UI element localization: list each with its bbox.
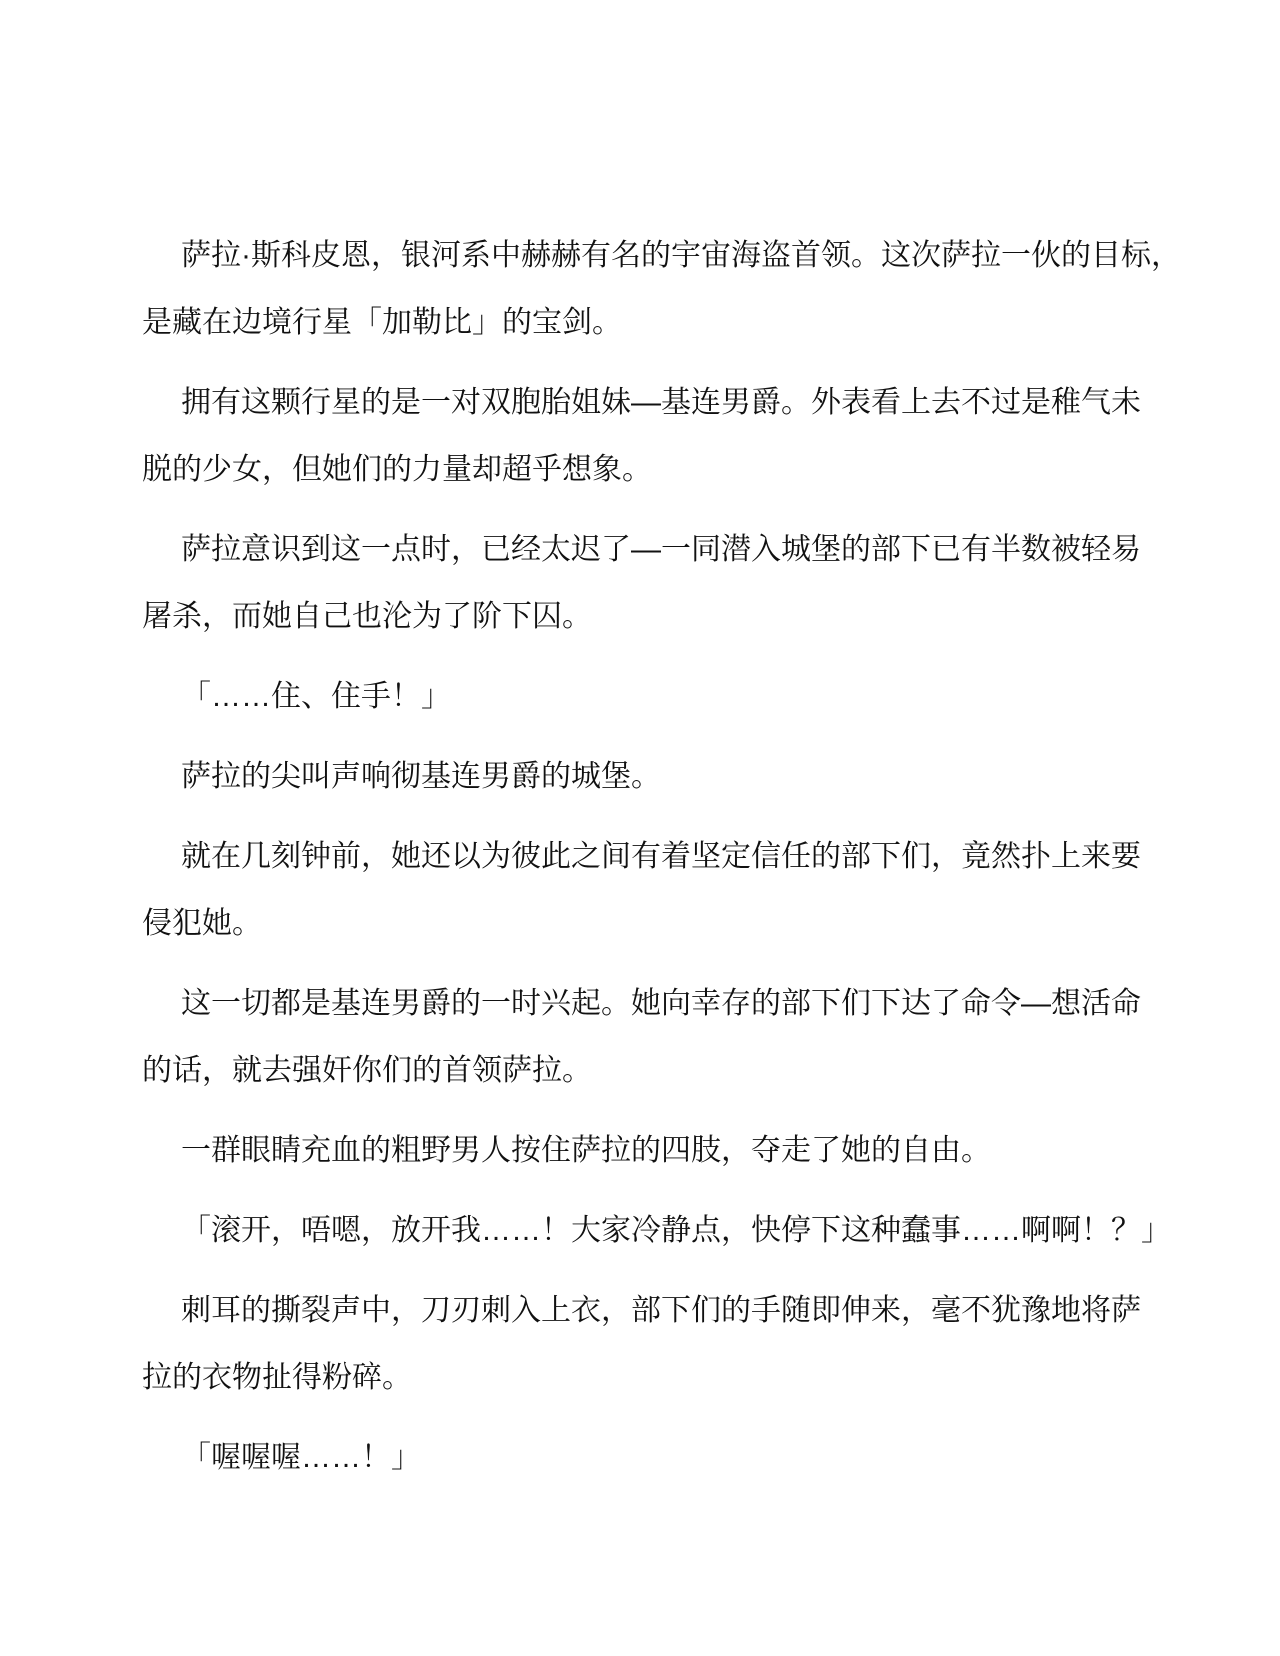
paragraph: 一群眼睛充血的粗野男人按住萨拉的四肢，夺走了她的自由。 <box>142 1117 1140 1184</box>
paragraph: 萨拉的尖叫声响彻基连男爵的城堡。 <box>142 743 1140 810</box>
paragraph: 萨拉意识到这一点时，已经太迟了—一同潜入城堡的部下已有半数被轻易 屠杀，而她自己… <box>142 516 1140 650</box>
text-line: 萨拉·斯科皮恩，银河系中赫赫有名的宇宙海盗首领。这次萨拉一伙的目标， <box>142 222 1140 289</box>
paragraph: 就在几刻钟前，她还以为彼此之间有着坚定信任的部下们，竟然扑上来要 侵犯她。 <box>142 823 1140 957</box>
text-line: 一群眼睛充血的粗野男人按住萨拉的四肢，夺走了她的自由。 <box>142 1117 1140 1184</box>
text-line: 是藏在边境行星「加勒比」的宝剑。 <box>142 289 1140 356</box>
text-line: 萨拉的尖叫声响彻基连男爵的城堡。 <box>142 743 1140 810</box>
text-line: 侵犯她。 <box>142 890 1140 957</box>
text-line: 的话，就去强奸你们的首领萨拉。 <box>142 1037 1140 1104</box>
paragraph: 拥有这颗行星的是一对双胞胎姐妹—基连男爵。外表看上去不过是稚气未 脱的少女，但她… <box>142 369 1140 503</box>
text-line: 萨拉意识到这一点时，已经太迟了—一同潜入城堡的部下已有半数被轻易 <box>142 516 1140 583</box>
text-line: 屠杀，而她自己也沦为了阶下囚。 <box>142 583 1140 650</box>
text-line: 脱的少女，但她们的力量却超乎想象。 <box>142 436 1140 503</box>
paragraph: 刺耳的撕裂声中，刀刃刺入上衣，部下们的手随即伸来，毫不犹豫地将萨 拉的衣物扯得粉… <box>142 1277 1140 1411</box>
paragraph: 萨拉·斯科皮恩，银河系中赫赫有名的宇宙海盗首领。这次萨拉一伙的目标， 是藏在边境… <box>142 222 1140 356</box>
text-line: 「喔喔喔……！」 <box>142 1424 1140 1491</box>
paragraph-dialogue: 「滚开，唔嗯，放开我……！大家冷静点，快停下这种蠢事……啊啊！？」 <box>142 1197 1140 1264</box>
text-line: 拥有这颗行星的是一对双胞胎姐妹—基连男爵。外表看上去不过是稚气未 <box>142 369 1140 436</box>
novel-page: 萨拉·斯科皮恩，银河系中赫赫有名的宇宙海盗首领。这次萨拉一伙的目标， 是藏在边境… <box>0 0 1280 1656</box>
text-line: 这一切都是基连男爵的一时兴起。她向幸存的部下们下达了命令—想活命 <box>142 970 1140 1037</box>
text-line: 就在几刻钟前，她还以为彼此之间有着坚定信任的部下们，竟然扑上来要 <box>142 823 1140 890</box>
text-line: 拉的衣物扯得粉碎。 <box>142 1344 1140 1411</box>
text-line: 「……住、住手！」 <box>142 663 1140 730</box>
text-line: 刺耳的撕裂声中，刀刃刺入上衣，部下们的手随即伸来，毫不犹豫地将萨 <box>142 1277 1140 1344</box>
paragraph-dialogue: 「……住、住手！」 <box>142 663 1140 730</box>
paragraph: 这一切都是基连男爵的一时兴起。她向幸存的部下们下达了命令—想活命 的话，就去强奸… <box>142 970 1140 1104</box>
text-line: 「滚开，唔嗯，放开我……！大家冷静点，快停下这种蠢事……啊啊！？」 <box>142 1197 1140 1264</box>
paragraph-dialogue: 「喔喔喔……！」 <box>142 1424 1140 1491</box>
